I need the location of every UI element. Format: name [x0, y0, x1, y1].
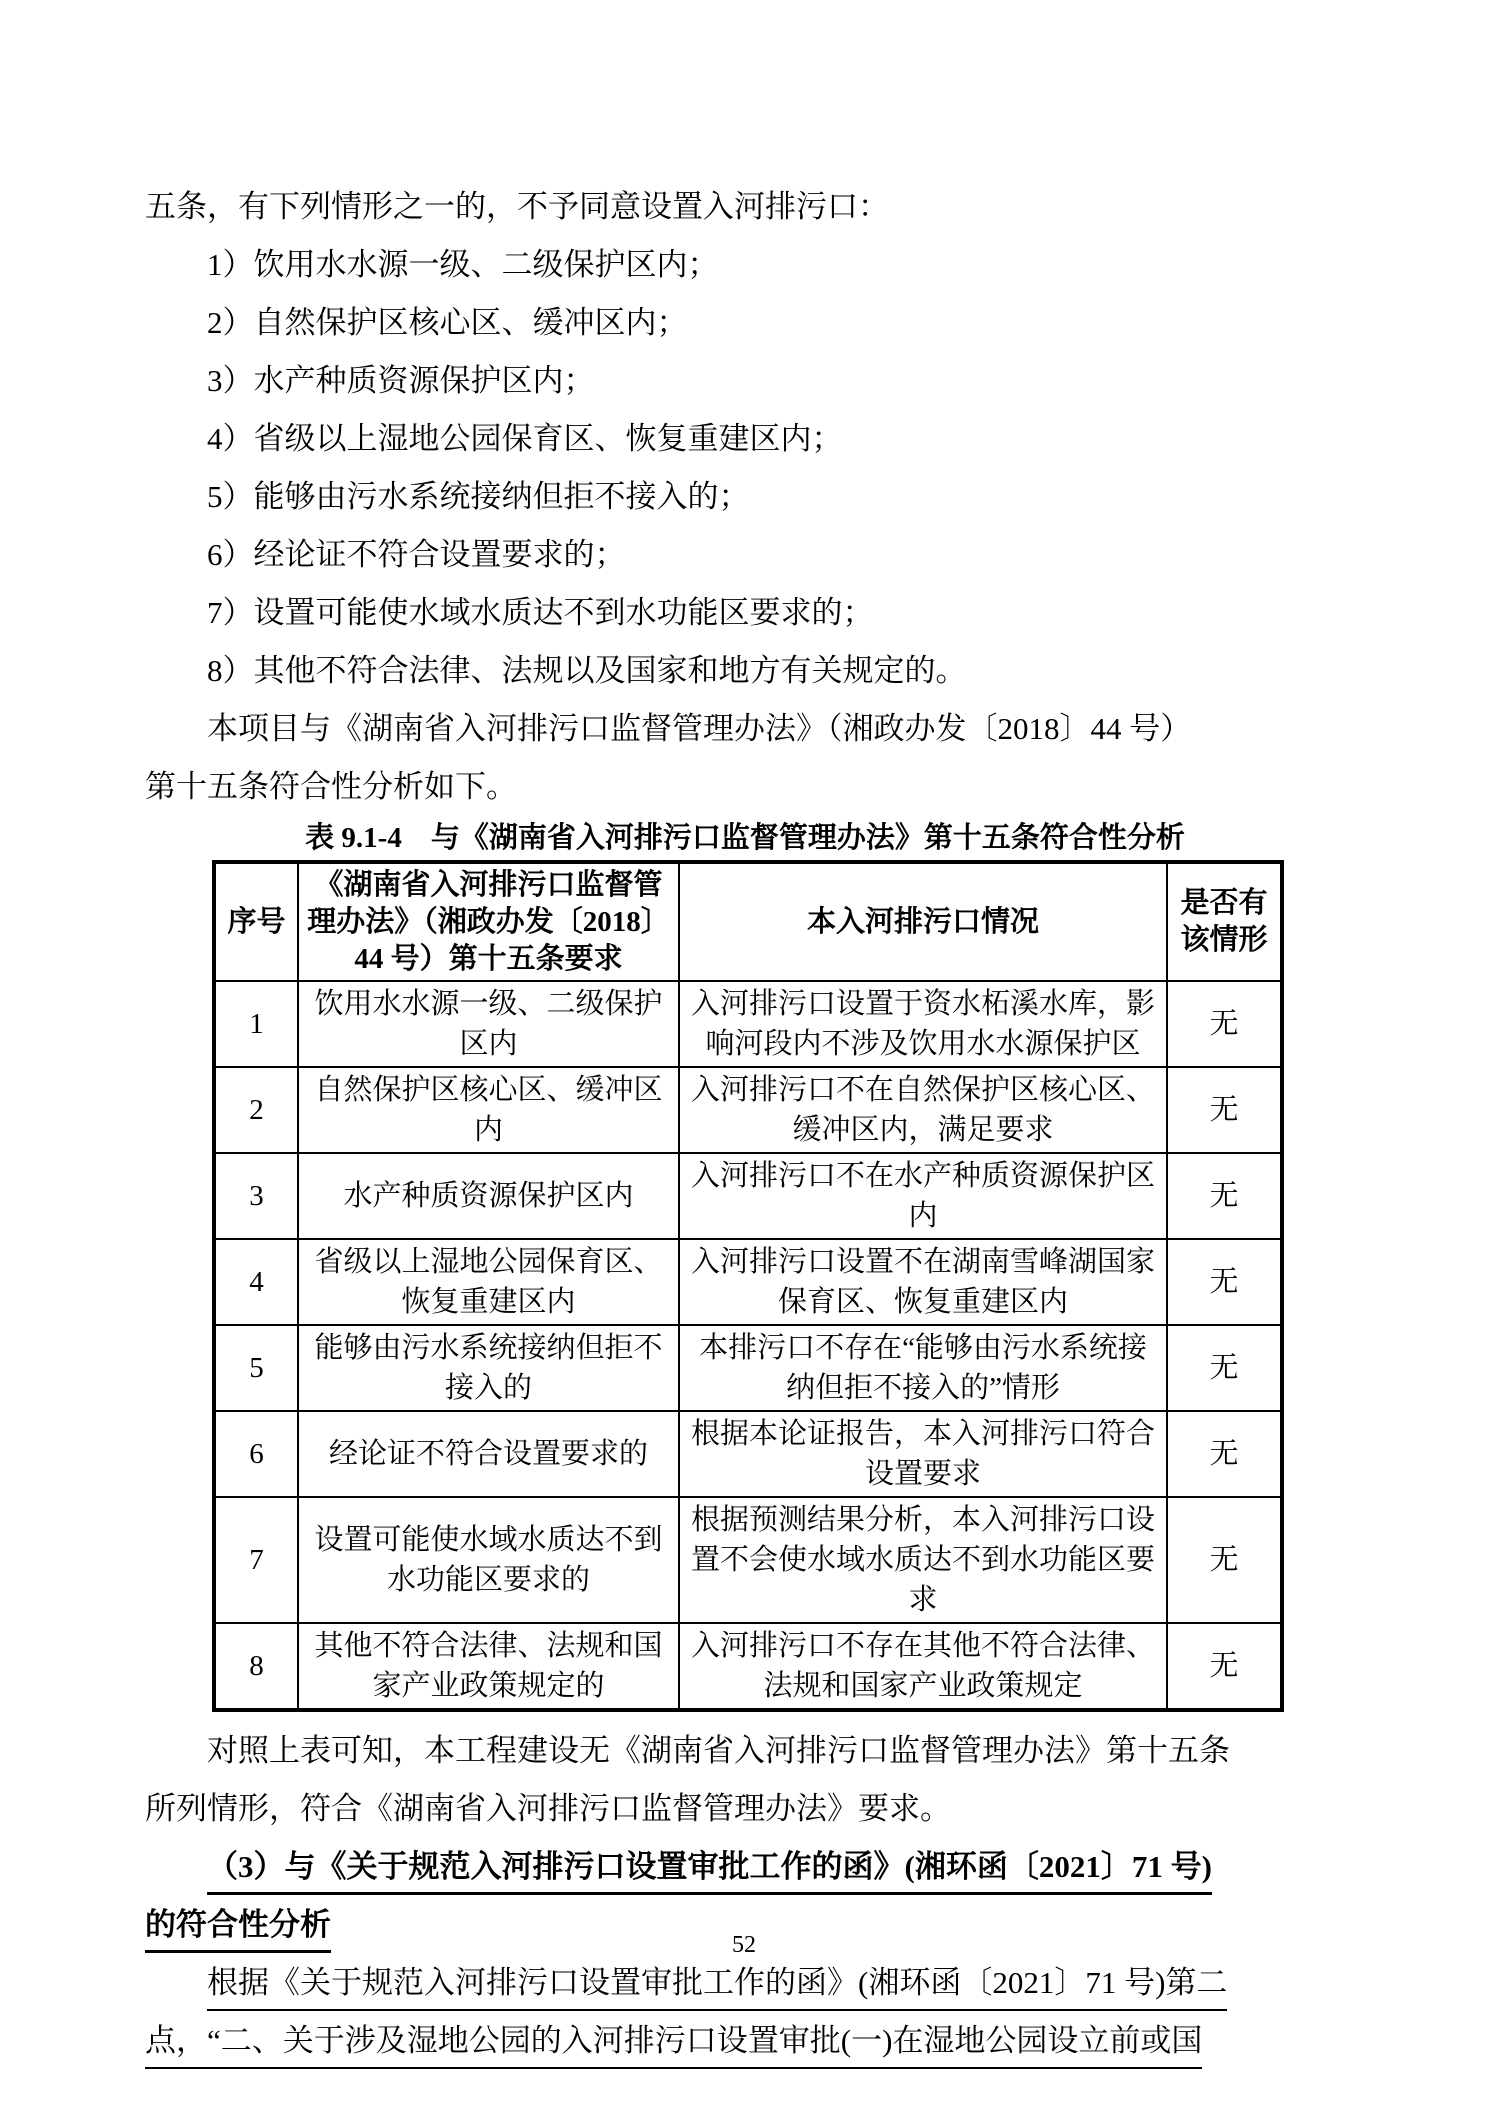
- document-page: 五条，有下列情形之一的，不予同意设置入河排污口： 1）饮用水水源一级、二级保护区…: [0, 0, 1488, 2104]
- table-row: 3 水产种质资源保护区内 入河排污口不在水产种质资源保护区内 无: [214, 1153, 1282, 1239]
- cell-seq: 4: [214, 1239, 298, 1325]
- cell-seq: 2: [214, 1067, 298, 1153]
- list-item-1: 1）饮用水水源一级、二级保护区内；: [145, 236, 1345, 294]
- cell-status: 无: [1167, 1153, 1282, 1239]
- table-row: 5 能够由污水系统接纳但拒不接入的 本排污口不存在“能够由污水系统接纳但拒不接入…: [214, 1325, 1282, 1411]
- cell-status: 无: [1167, 1497, 1282, 1623]
- cell-seq: 5: [214, 1325, 298, 1411]
- cell-requirement: 水产种质资源保护区内: [298, 1153, 679, 1239]
- paragraph-line: 本项目与《湖南省入河排污口监督管理办法》（湘政办发〔2018〕44 号）: [145, 700, 1345, 758]
- cell-status: 无: [1167, 1325, 1282, 1411]
- cell-seq: 8: [214, 1623, 298, 1710]
- list-item-6: 6）经论证不符合设置要求的；: [145, 526, 1345, 584]
- cell-situation: 入河排污口设置于资水柘溪水库，影响河段内不涉及饮用水水源保护区: [679, 981, 1167, 1067]
- cell-situation: 入河排污口不在水产种质资源保护区内: [679, 1153, 1167, 1239]
- cell-requirement: 省级以上湿地公园保育区、恢复重建区内: [298, 1239, 679, 1325]
- cell-requirement: 能够由污水系统接纳但拒不接入的: [298, 1325, 679, 1411]
- list-item-4: 4）省级以上湿地公园保育区、恢复重建区内；: [145, 410, 1345, 468]
- cell-situation: 入河排污口设置不在湖南雪峰湖国家保育区、恢复重建区内: [679, 1239, 1167, 1325]
- heading-text: （3）与《关于规范入河排污口设置审批工作的函》(湘环函〔2021〕71 号): [207, 1845, 1212, 1895]
- cell-situation: 根据本论证报告，本入河排污口符合设置要求: [679, 1411, 1167, 1497]
- list-item-2: 2）自然保护区核心区、缓冲区内；: [145, 294, 1345, 352]
- cell-requirement: 经论证不符合设置要求的: [298, 1411, 679, 1497]
- cell-seq: 3: [214, 1153, 298, 1239]
- table-row: 8 其他不符合法律、法规和国家产业政策规定的 入河排污口不存在其他不符合法律、法…: [214, 1623, 1282, 1710]
- cell-requirement: 自然保护区核心区、缓冲区内: [298, 1067, 679, 1153]
- cell-seq: 7: [214, 1497, 298, 1623]
- paragraph-line: 第十五条符合性分析如下。: [145, 758, 1345, 816]
- table-row: 4 省级以上湿地公园保育区、恢复重建区内 入河排污口设置不在湖南雪峰湖国家保育区…: [214, 1239, 1282, 1325]
- list-item-3: 3）水产种质资源保护区内；: [145, 352, 1345, 410]
- underlined-text: 点，“二、关于涉及湿地公园的入河排污口设置审批(一)在湿地公园设立前或国: [145, 2019, 1202, 2069]
- section-heading-line: （3）与《关于规范入河排污口设置审批工作的函》(湘环函〔2021〕71 号): [145, 1838, 1345, 1896]
- compliance-table: 序号 《湖南省入河排污口监督管理办法》（湘政办发〔2018〕44 号）第十五条要…: [212, 860, 1284, 1712]
- cell-status: 无: [1167, 981, 1282, 1067]
- cell-seq: 6: [214, 1411, 298, 1497]
- header-status: 是否有该情形: [1167, 862, 1282, 981]
- cell-status: 无: [1167, 1623, 1282, 1710]
- cell-status: 无: [1167, 1411, 1282, 1497]
- page-number: 52: [0, 1932, 1488, 1959]
- paragraph-line: 所列情形，符合《湖南省入河排污口监督管理办法》要求。: [145, 1780, 1345, 1838]
- page-content: 五条，有下列情形之一的，不予同意设置入河排污口： 1）饮用水水源一级、二级保护区…: [145, 178, 1345, 2070]
- cell-situation: 入河排污口不在自然保护区核心区、缓冲区内，满足要求: [679, 1067, 1167, 1153]
- cell-requirement: 设置可能使水域水质达不到水功能区要求的: [298, 1497, 679, 1623]
- underlined-paragraph-line: 根据《关于规范入河排污口设置审批工作的函》(湘环函〔2021〕71 号)第二: [145, 1954, 1345, 2012]
- underlined-text: 根据《关于规范入河排污口设置审批工作的函》(湘环函〔2021〕71 号)第二: [207, 1961, 1227, 2011]
- cell-requirement: 饮用水水源一级、二级保护区内: [298, 981, 679, 1067]
- after-table-section: 对照上表可知，本工程建设无《湖南省入河排污口监督管理办法》第十五条 所列情形，符…: [145, 1722, 1345, 2070]
- table-row: 2 自然保护区核心区、缓冲区内 入河排污口不在自然保护区核心区、缓冲区内，满足要…: [214, 1067, 1282, 1153]
- header-situation: 本入河排污口情况: [679, 862, 1167, 981]
- paragraph-line: 五条，有下列情形之一的，不予同意设置入河排污口：: [145, 178, 1345, 236]
- header-requirement: 《湖南省入河排污口监督管理办法》（湘政办发〔2018〕44 号）第十五条要求: [298, 862, 679, 981]
- table-row: 7 设置可能使水域水质达不到水功能区要求的 根据预测结果分析，本入河排污口设置不…: [214, 1497, 1282, 1623]
- underlined-paragraph-line: 点，“二、关于涉及湿地公园的入河排污口设置审批(一)在湿地公园设立前或国: [145, 2012, 1345, 2070]
- table-title: 表 9.1-4 与《湖南省入河排污口监督管理办法》第十五条符合性分析: [145, 816, 1345, 860]
- list-item-5: 5）能够由污水系统接纳但拒不接入的；: [145, 468, 1345, 526]
- table-row: 1 饮用水水源一级、二级保护区内 入河排污口设置于资水柘溪水库，影响河段内不涉及…: [214, 981, 1282, 1067]
- cell-status: 无: [1167, 1239, 1282, 1325]
- table-row: 6 经论证不符合设置要求的 根据本论证报告，本入河排污口符合设置要求 无: [214, 1411, 1282, 1497]
- cell-situation: 根据预测结果分析，本入河排污口设置不会使水域水质达不到水功能区要求: [679, 1497, 1167, 1623]
- cell-status: 无: [1167, 1067, 1282, 1153]
- list-item-7: 7）设置可能使水域水质达不到水功能区要求的；: [145, 584, 1345, 642]
- table-header-row: 序号 《湖南省入河排污口监督管理办法》（湘政办发〔2018〕44 号）第十五条要…: [214, 862, 1282, 981]
- cell-requirement: 其他不符合法律、法规和国家产业政策规定的: [298, 1623, 679, 1710]
- list-item-8: 8）其他不符合法律、法规以及国家和地方有关规定的。: [145, 642, 1345, 700]
- header-seq: 序号: [214, 862, 298, 981]
- cell-seq: 1: [214, 981, 298, 1067]
- cell-situation: 入河排污口不存在其他不符合法律、法规和国家产业政策规定: [679, 1623, 1167, 1710]
- paragraph-line: 对照上表可知，本工程建设无《湖南省入河排污口监督管理办法》第十五条: [145, 1722, 1345, 1780]
- cell-situation: 本排污口不存在“能够由污水系统接纳但拒不接入的”情形: [679, 1325, 1167, 1411]
